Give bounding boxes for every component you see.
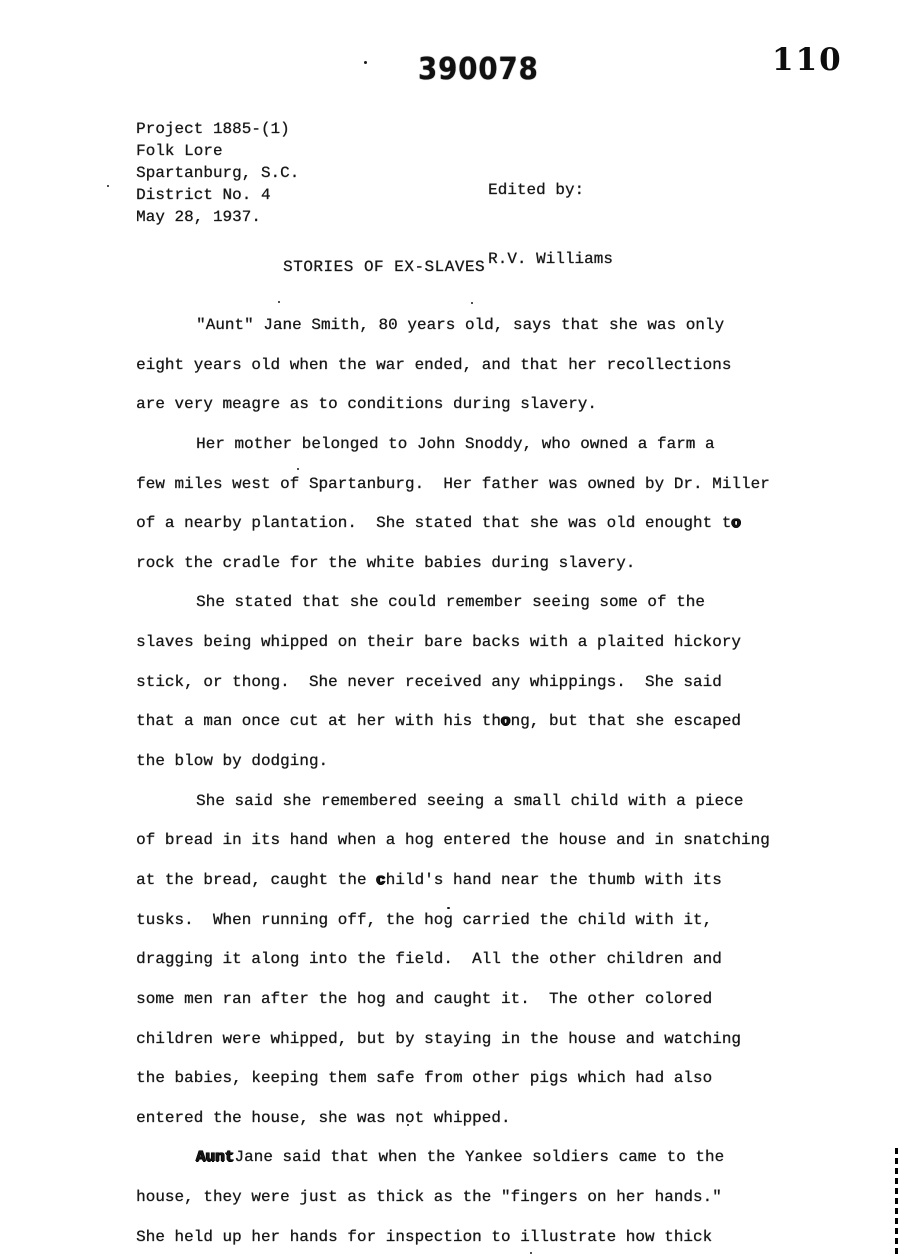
overstruck-text: o bbox=[731, 514, 741, 532]
scan-speckle bbox=[471, 302, 473, 304]
text-line: house, they were just as thick as the "f… bbox=[136, 1178, 836, 1218]
scan-speckle bbox=[278, 301, 280, 303]
scan-speckle bbox=[107, 185, 109, 187]
text-line: at the bread, caught the child's hand ne… bbox=[136, 861, 836, 901]
text-segment: of a nearby plantation. She stated that … bbox=[136, 514, 731, 532]
scan-speckle bbox=[407, 1124, 409, 1126]
text-segment: ng, but that she escaped bbox=[510, 712, 740, 730]
text-segment: at the bread, caught the bbox=[136, 871, 376, 889]
text-line: Her mother belonged to John Snoddy, who … bbox=[136, 425, 836, 465]
scan-speckle bbox=[447, 907, 450, 909]
editor-name: R.V. Williams bbox=[488, 248, 613, 271]
text-line: are very meagre as to conditions during … bbox=[136, 385, 836, 425]
text-line: that a man once cut at her with his thon… bbox=[136, 702, 836, 742]
header-line: Project 1885-(1) bbox=[136, 118, 299, 140]
text-line: She held up her hands for inspection to … bbox=[136, 1218, 836, 1256]
text-segment: hild's hand near the thumb with its bbox=[386, 871, 722, 889]
text-segment: that a man once cut at her with his th bbox=[136, 712, 501, 730]
header-line: Folk Lore bbox=[136, 140, 299, 162]
text-line: the babies, keeping them safe from other… bbox=[136, 1059, 836, 1099]
overstruck-text: c bbox=[376, 871, 386, 889]
document-body: "Aunt" Jane Smith, 80 years old, says th… bbox=[136, 306, 836, 1256]
scan-speckle bbox=[297, 468, 299, 470]
scan-speckle bbox=[364, 61, 367, 64]
text-line: children were whipped, but by staying in… bbox=[136, 1020, 836, 1060]
header-project-block: Project 1885-(1)Folk LoreSpartanburg, S.… bbox=[136, 118, 299, 228]
text-line: of bread in its hand when a hog entered … bbox=[136, 821, 836, 861]
overstruck-text: Aunt bbox=[196, 1148, 234, 1166]
text-line: eight years old when the war ended, and … bbox=[136, 346, 836, 386]
header-line: District No. 4 bbox=[136, 184, 299, 206]
text-line: She said she remembered seeing a small c… bbox=[136, 782, 836, 822]
scanned-document-page: 390078 110 Project 1885-(1)Folk LoreSpar… bbox=[0, 0, 900, 1256]
text-line: slaves being whipped on their bare backs… bbox=[136, 623, 836, 663]
scan-artifact-edge-line bbox=[895, 1148, 898, 1256]
edited-by-block: Edited by: R.V. Williams bbox=[488, 133, 613, 317]
edited-by-label: Edited by: bbox=[488, 179, 613, 202]
text-line: AuntJane said that when the Yankee soldi… bbox=[136, 1138, 836, 1178]
text-line: the blow by dodging. bbox=[136, 742, 836, 782]
document-title: STORIES OF EX-SLAVES bbox=[283, 258, 485, 276]
text-line: entered the house, she was not whipped. bbox=[136, 1099, 836, 1139]
text-line: some men ran after the hog and caught it… bbox=[136, 980, 836, 1020]
header-line: Spartanburg, S.C. bbox=[136, 162, 299, 184]
text-line: tusks. When running off, the hog carried… bbox=[136, 901, 836, 941]
page-number-stamp: 110 bbox=[772, 42, 843, 78]
text-line: rock the cradle for the white babies dur… bbox=[136, 544, 836, 584]
text-line: "Aunt" Jane Smith, 80 years old, says th… bbox=[136, 306, 836, 346]
document-number-stamp: 390078 bbox=[418, 52, 539, 87]
text-segment: Jane said that when the Yankee soldiers … bbox=[234, 1148, 724, 1166]
text-line: stick, or thong. She never received any … bbox=[136, 663, 836, 703]
scan-speckle bbox=[338, 719, 341, 721]
header-line: May 28, 1937. bbox=[136, 206, 299, 228]
text-line: dragging it along into the field. All th… bbox=[136, 940, 836, 980]
text-line: few miles west of Spartanburg. Her fathe… bbox=[136, 465, 836, 505]
scan-speckle bbox=[530, 1252, 532, 1254]
text-line: She stated that she could remember seein… bbox=[136, 583, 836, 623]
text-line: of a nearby plantation. She stated that … bbox=[136, 504, 836, 544]
